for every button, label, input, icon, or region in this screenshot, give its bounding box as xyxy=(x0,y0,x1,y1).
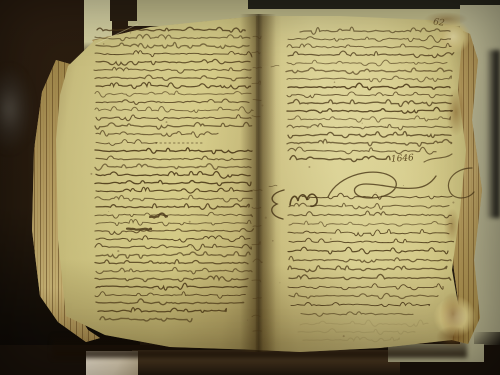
right-page xyxy=(256,13,468,353)
left-page xyxy=(54,14,260,354)
right-edge-shadow xyxy=(486,50,500,218)
background-top-gap xyxy=(110,0,137,21)
manuscript-photo: 62 1646 xyxy=(0,0,500,375)
